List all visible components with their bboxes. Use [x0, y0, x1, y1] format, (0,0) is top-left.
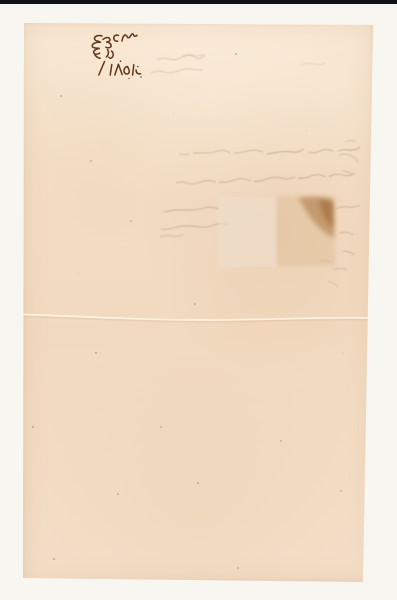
- foxing-spot: [60, 95, 62, 97]
- foxing-spot: [160, 426, 162, 428]
- foxing-spot: [343, 353, 344, 354]
- foxing-spot: [130, 220, 132, 222]
- foxing-spot: [340, 490, 342, 492]
- photo-background: [0, 0, 397, 600]
- photo-top-edge-strip: [0, 0, 397, 4]
- foxing-spot: [95, 352, 97, 354]
- foxing-spots-layer: [23, 23, 373, 582]
- foxing-spot: [194, 303, 196, 305]
- foxing-spot: [306, 130, 307, 131]
- foxing-spot: [53, 558, 55, 560]
- foxing-spot: [78, 273, 79, 274]
- foxing-spot: [117, 493, 119, 495]
- foxing-spot: [32, 426, 34, 428]
- foxing-spot: [235, 53, 237, 55]
- foxing-spot: [173, 113, 174, 114]
- foxing-spot: [237, 567, 239, 569]
- foxing-spot: [90, 160, 92, 162]
- foxing-spot: [280, 440, 282, 442]
- aged-letter-paper: [23, 23, 373, 582]
- foxing-spot: [197, 482, 199, 484]
